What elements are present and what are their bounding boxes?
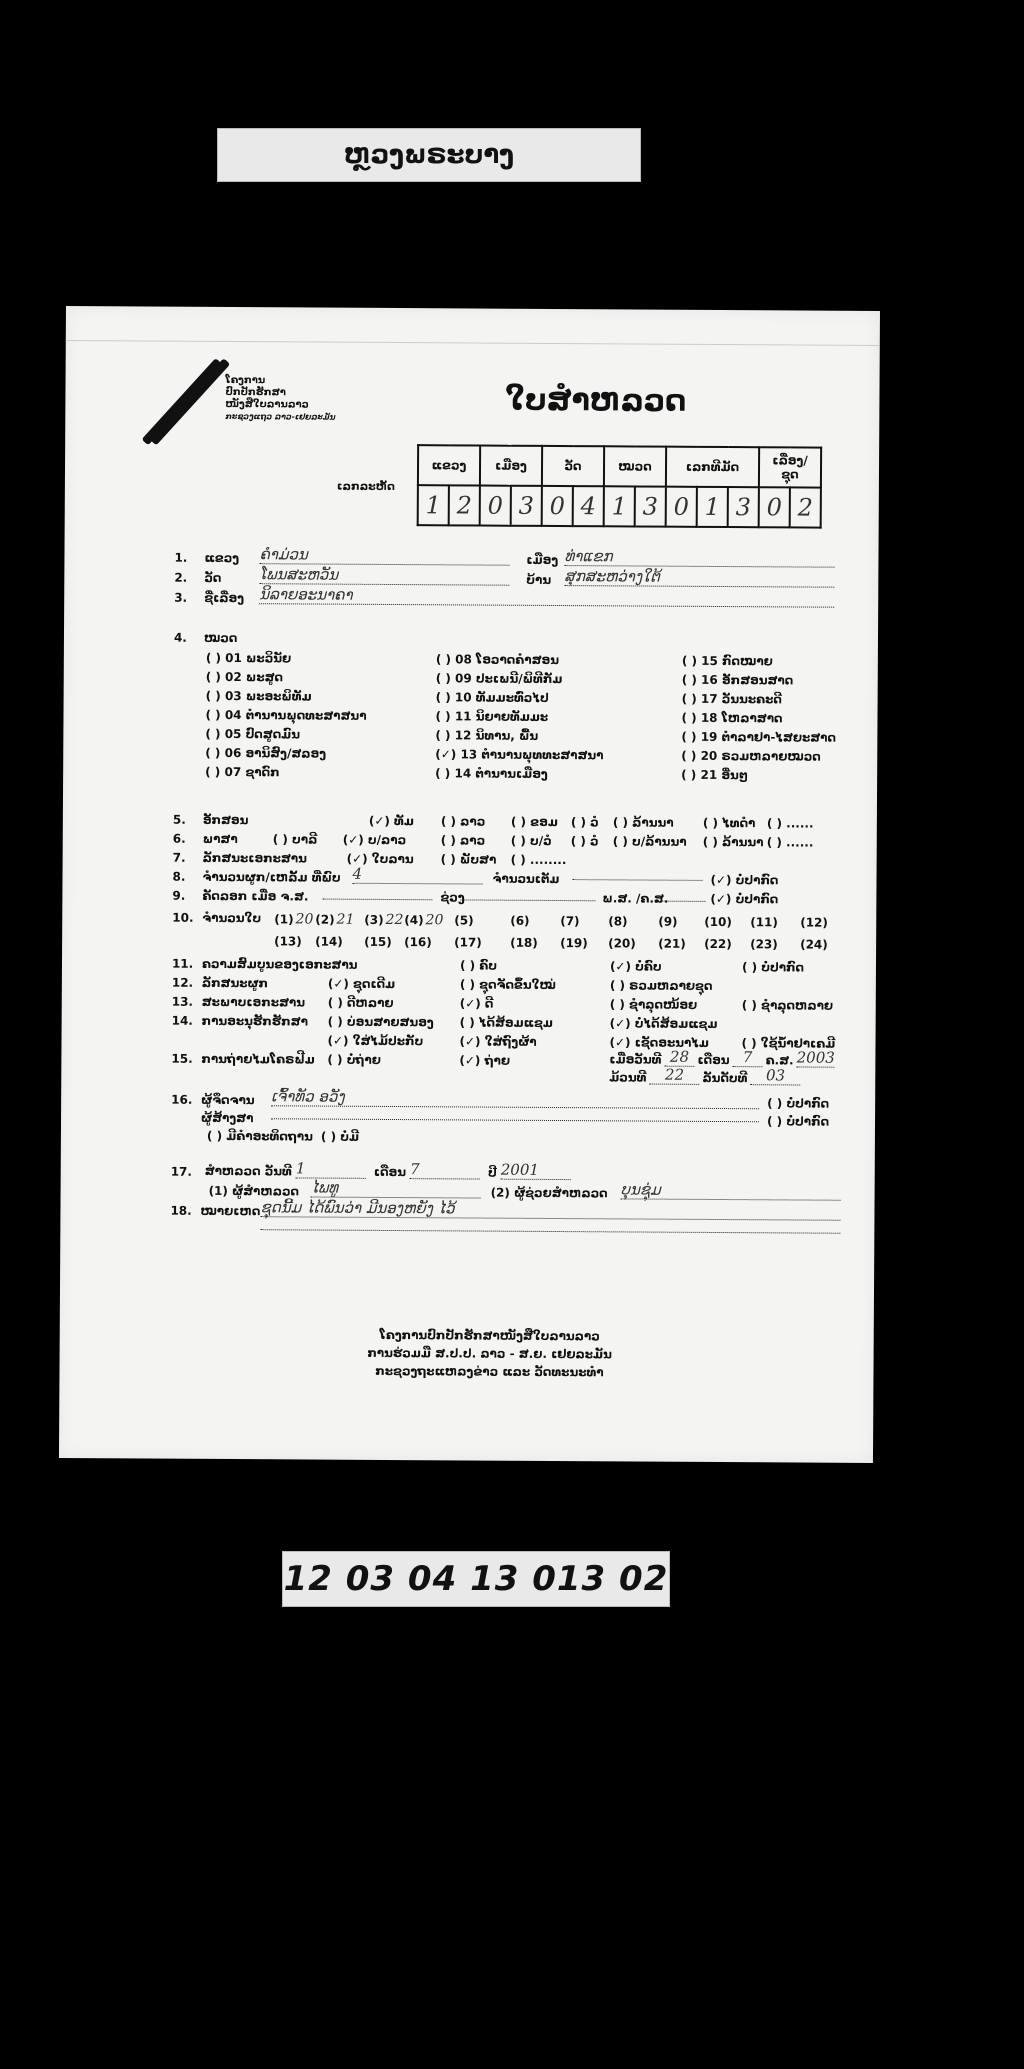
field-number: 5. [173, 813, 186, 827]
microfilm-reel-label: ມ້ວນທີ [609, 1070, 646, 1084]
folio-number: (3) [364, 913, 383, 927]
option-label: 07 ຊາດົກ [224, 765, 279, 779]
form-title: ໃບສໍາຫລວດ [505, 383, 686, 419]
fascicles-label: ຈໍານວນຜູກ/ເຫລັ້ມ ທີ່ພົບ [202, 870, 340, 885]
folio-entry: (1)20 [274, 911, 313, 927]
category-option[interactable]: ( ) 05 ປົດສູດມົນ [205, 727, 300, 742]
field-value: ທ່າແຂກ [564, 547, 834, 568]
survey-form-sheet: ໂຄງການ ປົກປັກຮັກສາ ໜັງສືໃບລານລາວ ກະຊວງແຖ… [59, 306, 880, 1463]
folio-entry: (4)20 [404, 912, 443, 928]
folio-number: (19) [560, 936, 588, 950]
language-option[interactable]: ( ) ...... [767, 835, 814, 849]
folio-entry: (23) [750, 936, 780, 952]
remarks-label: ໝາຍເຫດ [200, 1204, 260, 1218]
folio-number: (14) [315, 935, 343, 949]
option-label: 13 ຕໍານານພຸທທະສາສນາ [460, 747, 603, 762]
checkbox[interactable]: ( ) [205, 765, 220, 779]
checkbox[interactable]: ( ) [682, 673, 697, 687]
folio-entry: (24) [800, 936, 830, 952]
checkbox[interactable]: ( ) [681, 711, 696, 725]
surveyor-name-value: ໄພທູ [311, 1179, 481, 1199]
folio-entry: (22) [704, 936, 734, 952]
period-blank [460, 886, 595, 901]
field-label: ແຂວງ [204, 551, 239, 565]
microfilm-reel: ມ້ວນທີ22ລັນດັບທີ03 [609, 1065, 803, 1085]
sponsor-label: ຜູ້ສ້າງສາ [201, 1111, 253, 1125]
bundle_type-option[interactable]: ( ) ຣວມຫລາຍຊຸດ [610, 978, 713, 993]
condition-label: ສະພາບເອກະສານ [202, 995, 305, 1010]
field-number: 1. [174, 551, 187, 565]
folio-entry: (12) [800, 914, 830, 930]
material-option[interactable]: ( ) ........ [511, 853, 567, 867]
field-value: ສຸກສະຫວ່າງໃຕ້ [564, 567, 834, 588]
option-label: 09 ປະເພນີ/ພິທີກັມ [455, 671, 562, 686]
option-label: 02 ພະສູດ [225, 670, 283, 684]
folio-entry: (20) [608, 935, 638, 951]
completeness-option[interactable]: ( ) ບໍ່ປາກົດ [742, 960, 804, 974]
unknown-checkbox[interactable]: ( ) ບໍ່ປາກົດ [767, 1114, 829, 1128]
microfilm-label: ການຖ່າຍໄມໂຄຣຟີມ [201, 1052, 315, 1067]
bundle_type-option[interactable]: ( ) ຊຸດຈັດຂຶ້ນໃໝ່ [460, 977, 556, 992]
language-option[interactable]: ( ) ບາລີ [273, 832, 318, 846]
field-number: 4. [174, 631, 187, 645]
checkbox[interactable]: ( ) [206, 689, 221, 703]
code-digit: 1 [418, 485, 449, 525]
survey-date: ສໍາຫລວດ ວັນທີ1ເດືອນ7ປີ2001 [201, 1159, 575, 1180]
folio-number: (7) [560, 914, 579, 928]
checkbox[interactable]: ( ) [435, 766, 450, 780]
category-option[interactable]: ( ) 04 ຕໍານານພຸດທະສາສນາ [205, 708, 366, 723]
folio-number: (13) [274, 934, 302, 948]
folio-number: (5) [454, 913, 473, 927]
field-number: 10. [172, 911, 193, 925]
scribe-label: ຜູ້ຈຶດຈານ [201, 1093, 255, 1107]
survey-label: ສໍາຫລວດ ວັນທີ [205, 1164, 292, 1179]
project-logo-text: ໂຄງການ ປົກປັກຮັກສາ ໜັງສືໃບລານລາວ ກະຊວງແຖ… [225, 375, 335, 424]
folio-number: (4) [404, 913, 423, 927]
checkbox[interactable]: ( ) [205, 746, 220, 760]
folios-label: ຈໍານວນໃບ [202, 911, 261, 925]
folio-entry: (14) [315, 934, 345, 950]
option-label: 16 ອັກສອນສາດ [701, 673, 793, 688]
completeness-option[interactable]: (✓) ບໍ່ຄົບ [610, 959, 662, 973]
field-number: 11. [172, 957, 193, 971]
code-digit: 3 [728, 487, 759, 527]
material-label: ລັກສນະເອກະສານ [203, 851, 307, 866]
sponsor-name [271, 1105, 759, 1122]
checkbox[interactable]: ( ) [436, 652, 451, 666]
folio-entry: (21) [658, 936, 688, 952]
folio-count: 20 [426, 912, 444, 928]
option-label: 15 ກົດໝາຍ [701, 654, 773, 668]
language-option[interactable]: ( ) ບ/ລ້ານນາ [613, 834, 687, 848]
unknown-checkbox[interactable]: (✓) ບໍ່ປາກົດ [710, 892, 778, 906]
survey-month: 7 [410, 1160, 480, 1179]
folio-entry: (10) [704, 914, 734, 930]
field-value-value: ນິລາຍອະນາຄາ [259, 585, 834, 608]
survey-year: 2001 [501, 1161, 571, 1180]
preservation-label: ການອະນຸຮັກຮັກສາ [202, 1014, 308, 1029]
checkbox[interactable]: ( ) [682, 692, 697, 706]
folio-entry: (17) [454, 934, 484, 950]
bundle_type-option[interactable]: (✓) ຊຸດເດີມ [328, 977, 395, 991]
folio-number: (16) [404, 935, 432, 949]
code-table: ແຂວງ ເມືອງ ວັດ ໝວດ ເລກທີມັດ ເລື່ອງ/ຊຸດ 1… [417, 444, 822, 528]
option-label: 08 ໂອວາດຄໍາສອນ [455, 652, 559, 667]
field-number: 7. [173, 851, 186, 865]
folio-number: (2) [315, 913, 334, 927]
code-header: ເລື່ອງ/ຊຸດ [759, 447, 821, 487]
category-option[interactable]: ( ) 02 ພະສູດ [206, 670, 283, 684]
folio-number: (9) [658, 915, 677, 929]
preservation-option[interactable]: ( ) ບ່ອນສາຍສນອງ [328, 1015, 434, 1030]
surveyor-name: ໄພທູ [311, 1179, 481, 1199]
full-count-label: ຈໍານວນເຕັມ [492, 872, 559, 886]
folio-number: (23) [750, 937, 778, 951]
option-label: 17 ວັນນະຄະດີ [701, 692, 782, 706]
folio-entry: (13) [274, 933, 304, 949]
folio-number: (12) [800, 915, 828, 929]
microfilm-option[interactable]: ( ) ບໍ່ຖ່າຍ [327, 1053, 381, 1067]
category-option[interactable]: ( ) 16 ອັກສອນສາດ [682, 673, 794, 688]
option-label: 06 ອານິສົງ/ສລອງ [225, 746, 327, 761]
code-digit: 3 [511, 486, 542, 526]
category-label: ໝວດ [204, 631, 237, 645]
folio-number: (15) [364, 935, 392, 949]
category-option[interactable]: ( ) 08 ໂອວາດຄໍາສອນ [436, 652, 559, 667]
field-number: 17. [171, 1165, 192, 1179]
field-number: 18. [170, 1204, 191, 1218]
field-label: ເມືອງ [526, 553, 558, 567]
category-option[interactable]: ( ) 17 ວັນນະຄະດີ [682, 692, 782, 707]
microfilm-year: 2003 [797, 1048, 835, 1067]
folio-entry: (19) [560, 935, 590, 951]
sponsor-name-value [271, 1118, 759, 1122]
folio-entry: (6) [510, 913, 531, 929]
category-option[interactable]: ( ) 06 ອານິສົງ/ສລອງ [205, 746, 326, 761]
language-option[interactable]: ( ) ລາວ [441, 833, 486, 847]
checkbox[interactable]: ( ) [206, 651, 221, 665]
preservation-option[interactable]: (✓) ໃສ່ຖົງຜ້າ [459, 1034, 536, 1048]
microfilm-sequence: 03 [750, 1066, 800, 1085]
folio-entry: (11) [750, 914, 780, 930]
field-number: 15. [171, 1052, 192, 1066]
category-option[interactable]: ( ) 03 ພະອະພິທັມ [206, 689, 312, 704]
field-number: 12. [172, 976, 193, 990]
option-label: 10 ທັມມະທົ່ວໄປ [455, 690, 549, 705]
full-count [573, 866, 703, 881]
completeness-label: ຄວາມສົມບູນຂອງເອກະສານ [202, 957, 358, 972]
category-option[interactable]: ( ) 15 ກົດໝາຍ [682, 654, 773, 669]
checkbox[interactable]: ( ) [205, 727, 220, 741]
category-option[interactable]: ( ) 10 ທັມມະທົ່ວໄປ [436, 690, 549, 705]
unknown-checkbox[interactable]: (✓) ບໍ່ປາກົດ [710, 873, 778, 887]
field-number: 13. [172, 995, 193, 1009]
checkbox[interactable]: ( ) [682, 654, 697, 668]
folio-count: 21 [337, 912, 355, 928]
era-be-ce-label: ພ.ສ. /ຄ.ສ. [602, 891, 668, 905]
code-strip: 12 03 04 13 013 02 [282, 1551, 670, 1607]
folio-entry: (8) [608, 913, 629, 929]
category-option[interactable]: ( ) 18 ໂຫລາສາດ [681, 711, 782, 726]
era-cs-blank [322, 886, 432, 901]
language-option[interactable]: ( ) ວໍ [571, 834, 599, 848]
category-option[interactable]: ( ) 12 ນິທານ, ພື້ນ [435, 728, 538, 743]
folio-entry: (18) [510, 935, 540, 951]
folio-count: 22 [386, 912, 404, 928]
field-value-value: ຄໍາມ່ວນ [259, 545, 509, 566]
folio-entry: (9) [658, 914, 679, 930]
folio-entry: (2)21 [315, 912, 354, 928]
folio-number: (10) [704, 915, 732, 929]
checkbox[interactable]: ( ) [206, 670, 221, 684]
checkbox[interactable]: ( ) [436, 690, 451, 704]
survey-year-label: ປີ [488, 1166, 497, 1180]
checkbox[interactable]: ( ) [435, 728, 450, 742]
script-label: ອັກສອນ [203, 813, 249, 827]
condition-option[interactable]: (✓) ດີ [460, 996, 494, 1010]
top-rule [66, 340, 880, 346]
checkbox[interactable]: ( ) [435, 709, 450, 723]
field-number: 2. [174, 571, 187, 585]
checkbox[interactable]: ( ) [205, 708, 220, 722]
microfilm-option[interactable]: (✓) ຖ່າຍ [459, 1053, 510, 1067]
field-value-value: ສຸກສະຫວ່າງໃຕ້ [564, 567, 834, 588]
folio-number: (18) [510, 936, 538, 950]
option-label: 14 ຕໍານານເມືອງ [454, 766, 547, 781]
bundle_type-label: ລັກສນະຜູກ [202, 976, 268, 990]
remarks-line-2 [260, 1216, 840, 1234]
script-option[interactable]: ( ) ລ້ານນາ [613, 815, 674, 829]
full-count-value [573, 879, 703, 881]
option-label: 20 ຣວມຫລາຍໝວດ [701, 749, 821, 764]
category-option[interactable]: ( ) 11 ນິຍາຍທັມມະ [435, 709, 548, 724]
option-label: 18 ໂຫລາສາດ [701, 711, 783, 725]
code-digit: 1 [697, 487, 728, 527]
checkbox[interactable]: ( ) [681, 749, 696, 763]
code-header: ວັດ [542, 446, 604, 486]
condition-option[interactable]: ( ) ຊໍາລຸດຫລາຍ [742, 998, 833, 1013]
option-label: 19 ຕໍາລາຢາ-ໄສຍະສາດ [701, 730, 836, 745]
field-label: ບ້ານ [526, 573, 551, 587]
preservation-option[interactable]: ( ) ໄດ້ສ້ອມແຊມ [460, 1015, 553, 1030]
condition-option[interactable]: ( ) ດີຫລາຍ [328, 996, 394, 1010]
code-digit: 4 [573, 486, 604, 526]
folio-number: (17) [454, 935, 482, 949]
option-label: 01 ພະວິນັຍ [225, 651, 291, 665]
surveyor-label: (1) ຜູ້ສໍາຫລວດ [209, 1184, 300, 1199]
field-value: ຄໍາມ່ວນ [259, 545, 509, 566]
fascicles-count-value: 4 [352, 865, 482, 885]
language-option[interactable]: ( ) ລ້ານນາ [703, 835, 764, 849]
field-value: ໂພນສະຫວັນ [259, 565, 509, 586]
category-option[interactable]: ( ) 07 ຊາດົກ [205, 765, 280, 779]
field-number: 8. [172, 870, 185, 884]
code-header: ເລກທີມັດ [666, 447, 759, 488]
code-digit: 0 [480, 486, 511, 526]
checkbox[interactable]: (✓) [435, 747, 456, 761]
field-number: 3. [174, 591, 187, 605]
category-option[interactable]: ( ) 01 ພະວິນັຍ [206, 651, 291, 666]
field-value-value: ທ່າແຂກ [564, 547, 834, 568]
assistant-label: (2) ຜູ້ຊ່ວຍສໍາຫລວດ [491, 1186, 608, 1201]
field-value-value: ໂພນສະຫວັນ [259, 565, 509, 586]
field-number: 16. [171, 1093, 192, 1107]
language-option[interactable]: ( ) ບ/ວໍ [511, 834, 552, 848]
folio-number: (6) [510, 914, 529, 928]
folio-entry: (3)22 [364, 912, 403, 928]
folio-number: (8) [608, 914, 627, 928]
script-option[interactable]: ( ) ລາວ [441, 814, 486, 828]
option-label: 05 ປົດສູດມົນ [225, 727, 300, 741]
code-digit: 3 [635, 486, 666, 526]
category-option[interactable]: ( ) 19 ຕໍາລາຢາ-ໄສຍະສາດ [681, 730, 836, 745]
folio-number: (21) [658, 937, 686, 951]
folio-number: (22) [704, 937, 732, 951]
option-label: 12 ນິທານ, ພື້ນ [455, 728, 539, 743]
code-digit: 2 [449, 485, 480, 525]
microfilm-day: 28 [664, 1048, 694, 1067]
code-digit: 0 [666, 487, 697, 527]
colophon-option[interactable]: ( ) ມີຄໍາອະທິດຖານ [207, 1129, 313, 1144]
option-label: 04 ຕໍານານພຸດທະສາສນາ [225, 708, 367, 723]
top-title-strip: ຫຼວງພຣະບາງ [217, 128, 641, 182]
unknown-checkbox[interactable]: ( ) ບໍ່ປາກົດ [767, 1096, 829, 1110]
assistant-name: ບຸນຊຸ່ມ [621, 1180, 841, 1200]
folio-number: (11) [750, 915, 778, 929]
option-label: 11 ນິຍາຍທັມມະ [455, 709, 548, 724]
option-label: 21 ອື່ນໆ [700, 768, 748, 782]
microfilm-sequence-label: ລັນດັບທີ [702, 1071, 747, 1085]
field-label: ວັດ [204, 571, 221, 585]
survey-day: 1 [296, 1159, 366, 1178]
code-digit: 2 [790, 487, 821, 527]
language-label: ພາສາ [203, 832, 238, 846]
microfilm-month: 7 [733, 1048, 763, 1067]
microfilm-reel: 22 [649, 1066, 699, 1085]
script-option[interactable]: ( ) ...... [767, 816, 814, 830]
folio-number: (24) [800, 937, 828, 951]
language-option[interactable]: (✓) ບ/ລາວ [343, 833, 406, 847]
checkbox[interactable]: ( ) [436, 671, 451, 685]
code-header: ເມືອງ [480, 446, 542, 486]
code-digit: 0 [759, 487, 790, 527]
footer-organization: ໂຄງການປົກປັກຮັກສາໜັງສືໃບລານລາວ ການຮ່ວມມື… [319, 1326, 659, 1382]
folio-entry: (7) [560, 913, 581, 929]
script-option[interactable]: ( ) ໄທດໍາ [703, 816, 756, 830]
script-option[interactable]: ( ) ວໍ [571, 815, 599, 829]
option-label: 03 ພະອະພິທັມ [225, 689, 312, 704]
fascicles-count: 4 [352, 865, 482, 885]
colophon-option[interactable]: ( ) ບໍ່ມີ [321, 1130, 359, 1144]
survey-month-label: ເດືອນ [374, 1165, 406, 1179]
assistant-name-value: ບຸນຊຸ່ມ [621, 1180, 841, 1200]
folio-entry: (15) [364, 934, 394, 950]
folio-count: 20 [296, 911, 314, 927]
checkbox[interactable]: ( ) [681, 768, 696, 782]
folio-number: (1) [274, 912, 293, 926]
preservation-option[interactable]: (✓) ບໍ່ໄດ້ສ້ອມແຊມ [610, 1016, 718, 1031]
code-label: ເລກລະຫັດ [337, 480, 395, 493]
code-digit: 1 [604, 486, 635, 526]
copy-date-label: ຄັດລອກ ເມື່ອ ຈ.ສ. [202, 889, 308, 904]
field-label: ຊື່ເລື່ອງ [204, 591, 244, 605]
folio-number: (20) [608, 936, 636, 950]
code-header: ແຂວງ [418, 445, 480, 485]
category-option[interactable]: (✓) 13 ຕໍານານພຸທທະສາສນາ [435, 747, 603, 762]
script-option[interactable]: ( ) ຂອມ [511, 815, 558, 829]
condition-option[interactable]: ( ) ຊໍາລຸດໜ້ອຍ [610, 997, 698, 1012]
category-option[interactable]: ( ) 09 ປະເພນີ/ພິທີກັມ [436, 671, 563, 686]
era-blank [660, 888, 705, 902]
checkbox[interactable]: ( ) [681, 730, 696, 744]
category-option[interactable]: ( ) 20 ຣວມຫລາຍໝວດ [681, 749, 821, 764]
category-option[interactable]: ( ) 14 ຕໍານານເມືອງ [435, 766, 548, 781]
folio-entry: (5) [454, 912, 475, 928]
field-number: 14. [172, 1014, 193, 1028]
code-digit: 0 [542, 486, 573, 526]
field-number: 9. [172, 889, 185, 903]
preservation-option[interactable]: (✓) ໃສ່ໄມ້ປະກັບ [327, 1034, 423, 1049]
folio-entry: (16) [404, 934, 434, 950]
script-option[interactable]: (✓) ທັມ [369, 814, 414, 828]
field-number: 6. [173, 832, 186, 846]
field-value: ນິລາຍອະນາຄາ [259, 585, 834, 608]
code-header: ໝວດ [604, 446, 666, 486]
completeness-option[interactable]: ( ) ຄົບ [460, 958, 497, 972]
logo-stripe-icon [150, 358, 231, 445]
category-option[interactable]: ( ) 21 ອື່ນໆ [681, 768, 748, 782]
